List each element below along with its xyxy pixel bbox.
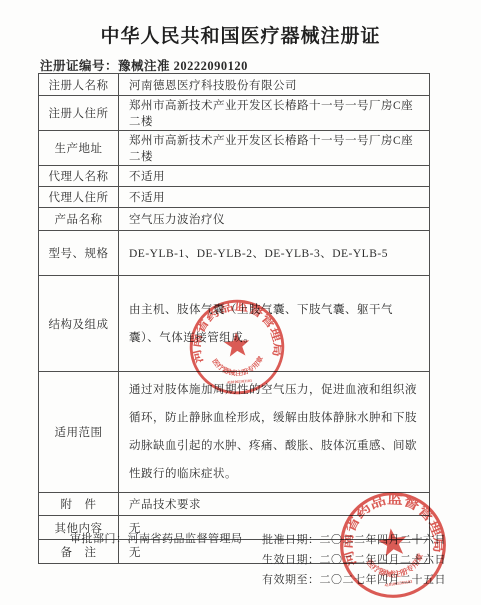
row-value: DE-YLB-1、DE-YLB-2、DE-YLB-3、DE-YLB-5: [119, 231, 430, 276]
certificate-dates: 批准日期：二〇二二年四月二十六日 生效日期：二〇二二年四月二十六日 有效期至：二…: [262, 530, 446, 590]
effective-date: 生效日期：二〇二二年四月二十六日: [262, 550, 446, 570]
table-row-registrant-name: 注册人名称 河南德恩医疗科技股份有限公司: [39, 74, 430, 96]
row-label: 代理人名称: [39, 166, 119, 187]
row-label: 适用范围: [39, 372, 119, 493]
row-value: 产品技术要求: [119, 493, 430, 516]
row-value: 郑州市高新技术产业开发区长椿路十一号一号厂房C座二楼: [119, 131, 430, 166]
row-value: 不适用: [119, 166, 430, 187]
cert-number-label: 注册证编号：: [40, 59, 118, 73]
table-row-registrant-address: 注册人住所 郑州市高新技术产业开发区长椿路十一号一号厂房C座二楼: [39, 96, 430, 131]
row-label: 附 件: [39, 493, 119, 516]
table-row-product-name: 产品名称 空气压力波治疗仪: [39, 208, 430, 231]
row-label: 生产地址: [39, 131, 119, 166]
row-value: 河南德恩医疗科技股份有限公司: [119, 74, 430, 96]
cert-number-value: 豫械注准 20222090120: [118, 59, 248, 73]
row-value: 通过对肢体施加周期性的空气压力，促进血液和组织液循环，防止静脉血栓形成，缓解由肢…: [119, 372, 430, 493]
page-title: 中华人民共和国医疗器械注册证: [0, 21, 481, 48]
approval-department: 审批部门：河南省药品监督管理局: [70, 530, 243, 546]
row-label: 注册人名称: [39, 74, 119, 96]
row-label: 注册人住所: [39, 96, 119, 131]
row-label: 产品名称: [39, 208, 119, 231]
certificate-page: 中华人民共和国医疗器械注册证 注册证编号：豫械注准 20222090120 注册…: [0, 0, 481, 605]
row-label: 代理人住所: [39, 187, 119, 208]
row-value: 郑州市高新技术产业开发区长椿路十一号一号厂房C座二楼: [119, 96, 430, 131]
row-value: 由主机、肢体气囊（上肢气囊、下肢气囊、躯干气囊）、气体连接管组成。: [119, 276, 430, 372]
row-value: 不适用: [119, 187, 430, 208]
expiry-date: 有效期至：二〇二七年四月二十五日: [262, 570, 446, 590]
row-label: 结构及组成: [39, 276, 119, 372]
table-row-production-address: 生产地址 郑州市高新技术产业开发区长椿路十一号一号厂房C座二楼: [39, 131, 430, 166]
certificate-table: 注册人名称 河南德恩医疗科技股份有限公司 注册人住所 郑州市高新技术产业开发区长…: [38, 73, 430, 564]
table-row-attachment: 附 件 产品技术要求: [39, 493, 430, 516]
table-row-agent-name: 代理人名称 不适用: [39, 166, 430, 187]
row-value: 空气压力波治疗仪: [119, 208, 430, 231]
table-row-intended-use: 适用范围 通过对肢体施加周期性的空气压力，促进血液和组织液循环，防止静脉血栓形成…: [39, 372, 430, 493]
cert-number-line: 注册证编号：豫械注准 20222090120: [40, 56, 248, 74]
table-row-agent-address: 代理人住所 不适用: [39, 187, 430, 208]
table-row-structure-composition: 结构及组成 由主机、肢体气囊（上肢气囊、下肢气囊、躯干气囊）、气体连接管组成。: [39, 276, 430, 372]
table-row-model-spec: 型号、规格 DE-YLB-1、DE-YLB-2、DE-YLB-3、DE-YLB-…: [39, 231, 430, 276]
approval-date: 批准日期：二〇二二年四月二十六日: [262, 530, 446, 550]
row-label: 型号、规格: [39, 231, 119, 276]
